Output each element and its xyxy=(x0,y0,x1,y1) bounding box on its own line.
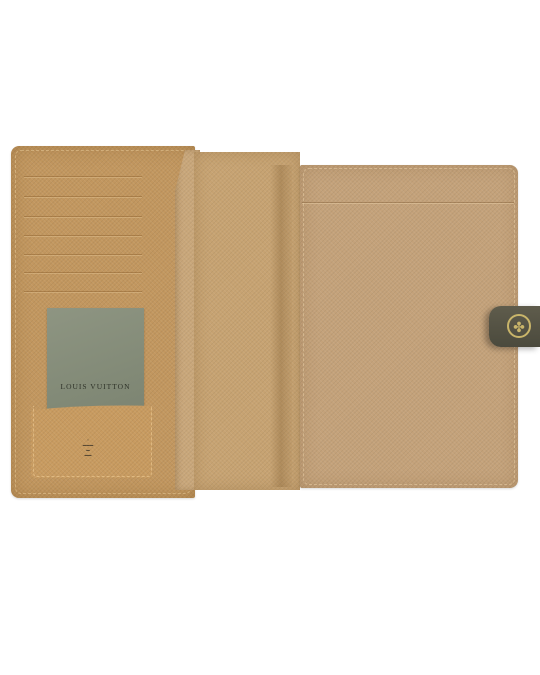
card-slot xyxy=(24,254,142,255)
monogram-flower-icon: ✤ xyxy=(507,314,531,338)
card-slot xyxy=(24,235,142,236)
card-slot xyxy=(24,196,142,197)
right-cover-panel xyxy=(300,165,518,488)
card-slot xyxy=(24,216,142,217)
product-photo: LOUIS VUITTON ▪▬▬▬▬▬▬ ✤ xyxy=(0,0,540,675)
center-fold-shadow xyxy=(270,165,292,487)
card-slot xyxy=(24,176,142,177)
clasp-tab: ✤ xyxy=(489,306,540,347)
card-slot xyxy=(24,291,142,292)
heat-stamp: ▪▬▬▬▬▬▬ xyxy=(66,438,110,458)
card-slot xyxy=(24,272,142,273)
card-brand-text: LOUIS VUITTON xyxy=(47,382,144,391)
right-pocket-edge xyxy=(302,202,514,203)
